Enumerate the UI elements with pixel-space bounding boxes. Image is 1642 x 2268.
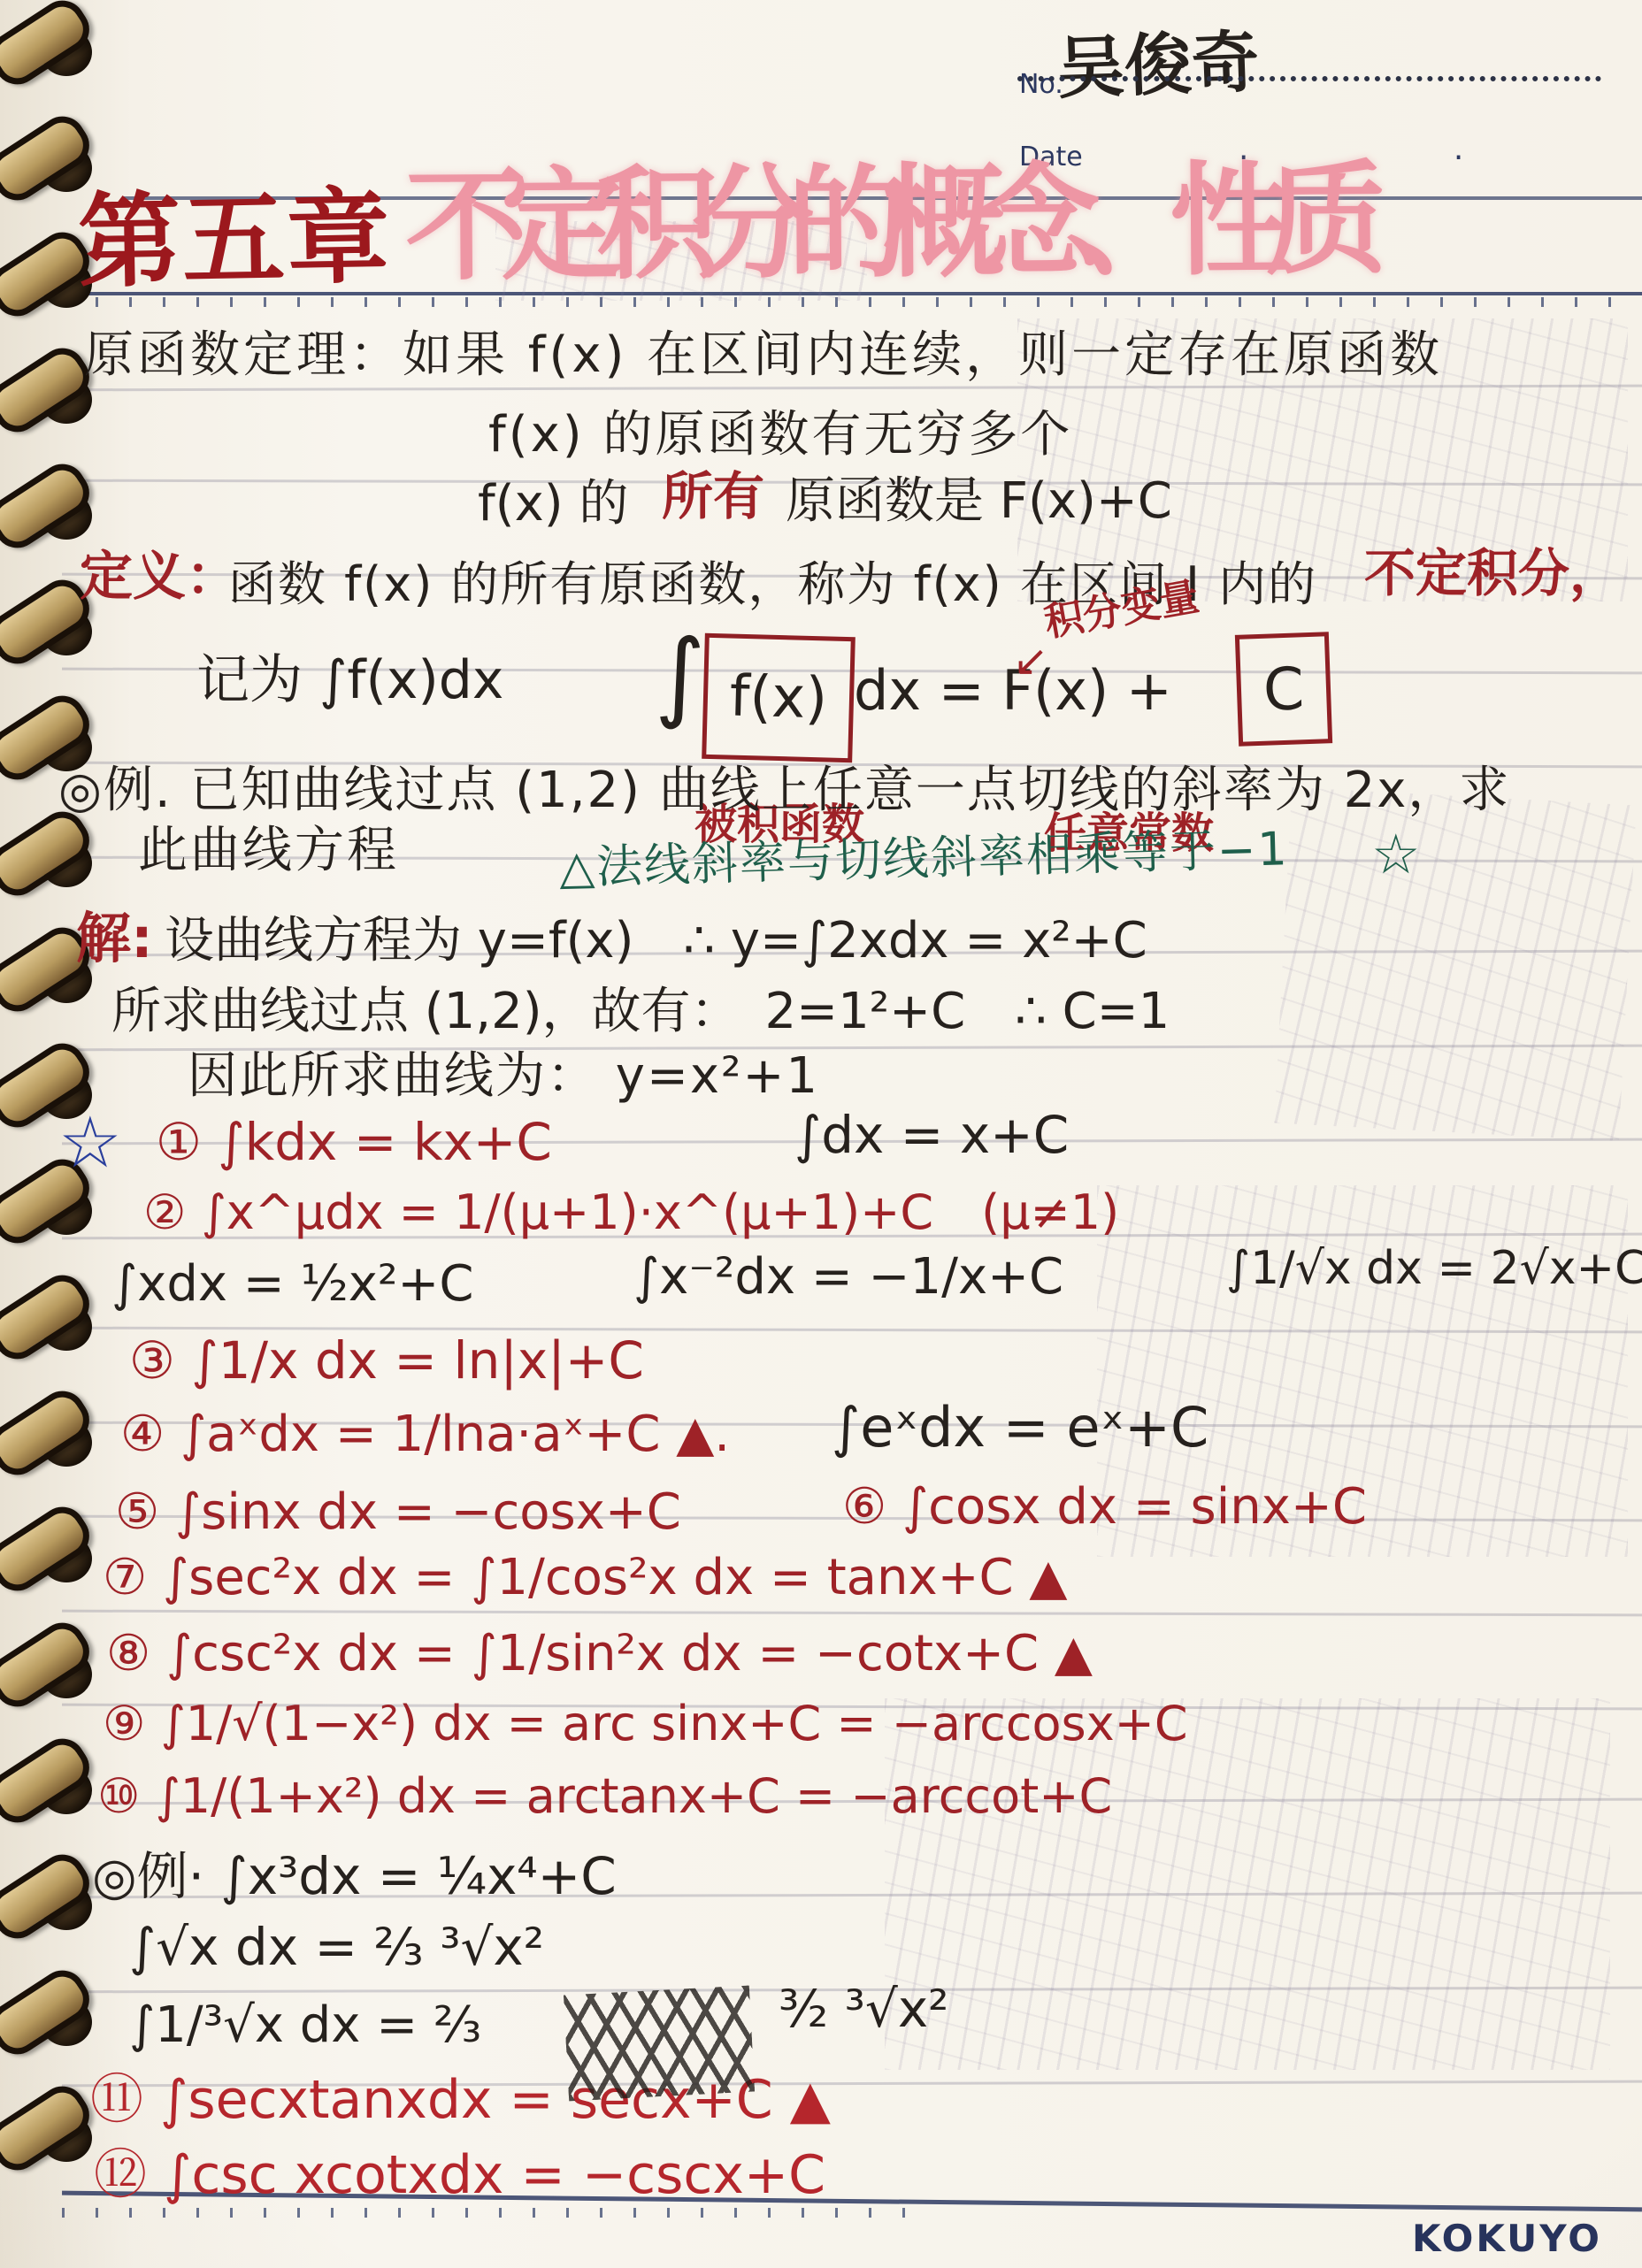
note-line: 因此所求曲线为： y=x²+1 bbox=[188, 1048, 819, 1105]
note-line: ∫1/√x dx = 2√x+C bbox=[1226, 1243, 1642, 1296]
note-line: 不定积分， bbox=[1364, 544, 1621, 603]
crossed-out-scribble bbox=[564, 1986, 755, 2102]
note-line: ⑦ ∫sec²x dx = ∫1/cos²x dx = tanx+C ▲ bbox=[103, 1550, 1068, 1606]
note-line: ↙ bbox=[1013, 637, 1048, 686]
note-line: f(x) 的 bbox=[478, 476, 628, 533]
note-line: ⑤ ∫sinx dx = −cosx+C bbox=[115, 1484, 681, 1541]
spiral-ring bbox=[0, 1508, 101, 1602]
note-line: ∫dx = x+C bbox=[794, 1106, 1069, 1165]
note-line: ☆ bbox=[58, 1102, 122, 1184]
spiral-ring bbox=[0, 1392, 101, 1486]
coil bbox=[0, 1614, 98, 1716]
note-line: 此曲线方程 bbox=[138, 823, 399, 879]
note-line: ⑫ ∫csc xcotxdx = −cscx+C bbox=[94, 2145, 825, 2206]
name-underline bbox=[1017, 76, 1601, 81]
coil bbox=[0, 1730, 98, 1832]
student-name: 吴俊奇 bbox=[1056, 23, 1261, 107]
coil bbox=[0, 1846, 98, 1948]
coil bbox=[0, 1498, 98, 1600]
note-line: ⑩ ∫1/(1+x²) dx = arctanx+C = −arccot+C bbox=[97, 1769, 1112, 1824]
note-line: ³⁄₂ ³√x² bbox=[779, 1980, 948, 2039]
coil bbox=[0, 1383, 98, 1484]
note-line: ◎例. 已知曲线过点 (1,2) 曲线上任意一点切线的斜率为 2x，求 bbox=[58, 762, 1510, 819]
note-line: 记为 ∫f(x)dx bbox=[196, 650, 503, 711]
note-line: ∫xdx = ½x²+C bbox=[111, 1256, 473, 1313]
bleed-through-patch bbox=[885, 1698, 1610, 2070]
note-line: ① ∫kdx = kx+C bbox=[156, 1113, 552, 1172]
coil bbox=[0, 1962, 98, 2064]
note-line: ④ ∫aˣdx = 1/lna·aˣ+C ▲. bbox=[120, 1406, 730, 1463]
note-line: △法线斜率与切线斜率相乘等于−1 bbox=[558, 824, 1289, 895]
note-line: 所有 bbox=[662, 467, 764, 526]
note-line: ③ ∫1/x dx = ln|x|+C bbox=[129, 1331, 644, 1391]
bleed-through-patch bbox=[1274, 787, 1636, 1141]
note-line: ☆ bbox=[1371, 823, 1421, 885]
notebook-page: No. 吴俊奇 Date · · 第五章 不定积分的概念、性质 原函数定理：如果… bbox=[0, 0, 1642, 2268]
note-line: ◎例· ∫x³dx = ¼x⁴+C bbox=[92, 1847, 617, 1906]
coil bbox=[0, 456, 98, 557]
note-line: 原函数定理：如果 f(x) 在区间内连续，则一定存在原函数 bbox=[84, 327, 1443, 384]
spiral-ring bbox=[0, 1972, 101, 2065]
note-line: 所求曲线过点 (1,2)，故有： 2=1²+C ∴ C=1 bbox=[111, 984, 1170, 1040]
spiral-ring bbox=[0, 1276, 101, 1370]
note-line: f(x) 的原函数有无穷多个 bbox=[488, 407, 1072, 464]
note-line: 定义： bbox=[80, 547, 239, 608]
note-line: 解: bbox=[76, 907, 153, 969]
ruled-line bbox=[62, 1610, 1642, 1617]
note-line: ⑧ ∫csc²x dx = ∫1/sin²x dx = −cotx+C ▲ bbox=[106, 1626, 1093, 1682]
coil bbox=[0, 2078, 98, 2180]
note-line: ∫√x dx = ⅔ ³√x² bbox=[129, 1918, 544, 1977]
ruled-line bbox=[62, 385, 1642, 392]
red-emphasis-box: C bbox=[1235, 632, 1332, 747]
coil bbox=[0, 1267, 98, 1368]
note-line: 原函数是 F(x)+C bbox=[786, 473, 1172, 530]
spiral-ring bbox=[0, 813, 101, 907]
note-line: ∫ bbox=[655, 619, 705, 732]
brand-logo: KOKUYO bbox=[1412, 2217, 1602, 2260]
spiral-ring bbox=[0, 2, 101, 96]
note-line: ∫x⁻²dx = −1/x+C bbox=[633, 1249, 1063, 1306]
note-line: 设曲线方程为 y=f(x) ∴ y=∫2xdx = x²+C bbox=[165, 913, 1147, 969]
note-line: ② ∫x^μdx = 1/(μ+1)·x^(μ+1)+C (μ≠1) bbox=[143, 1185, 1119, 1240]
note-line: ⑨ ∫1/√(1−x²) dx = arc sinx+C = −arccosx+… bbox=[103, 1697, 1188, 1751]
tick-marks bbox=[62, 2208, 929, 2218]
spiral-ring bbox=[0, 1740, 101, 1834]
chapter-label: 第五章 bbox=[77, 155, 393, 308]
spiral-ring bbox=[0, 2088, 101, 2181]
note-line: ⑥ ∫cosx dx = sinx+C bbox=[842, 1479, 1367, 1536]
page-title: 不定积分的概念、性质 bbox=[404, 122, 1361, 304]
note-line: ∫eˣdx = eˣ+C bbox=[832, 1396, 1208, 1459]
red-emphasis-box: f(x) bbox=[702, 633, 856, 762]
spiral-ring bbox=[0, 1856, 101, 1950]
spiral-ring bbox=[0, 1624, 101, 1718]
note-line: ∫1/³√x dx = ⅔ bbox=[129, 1997, 481, 2054]
